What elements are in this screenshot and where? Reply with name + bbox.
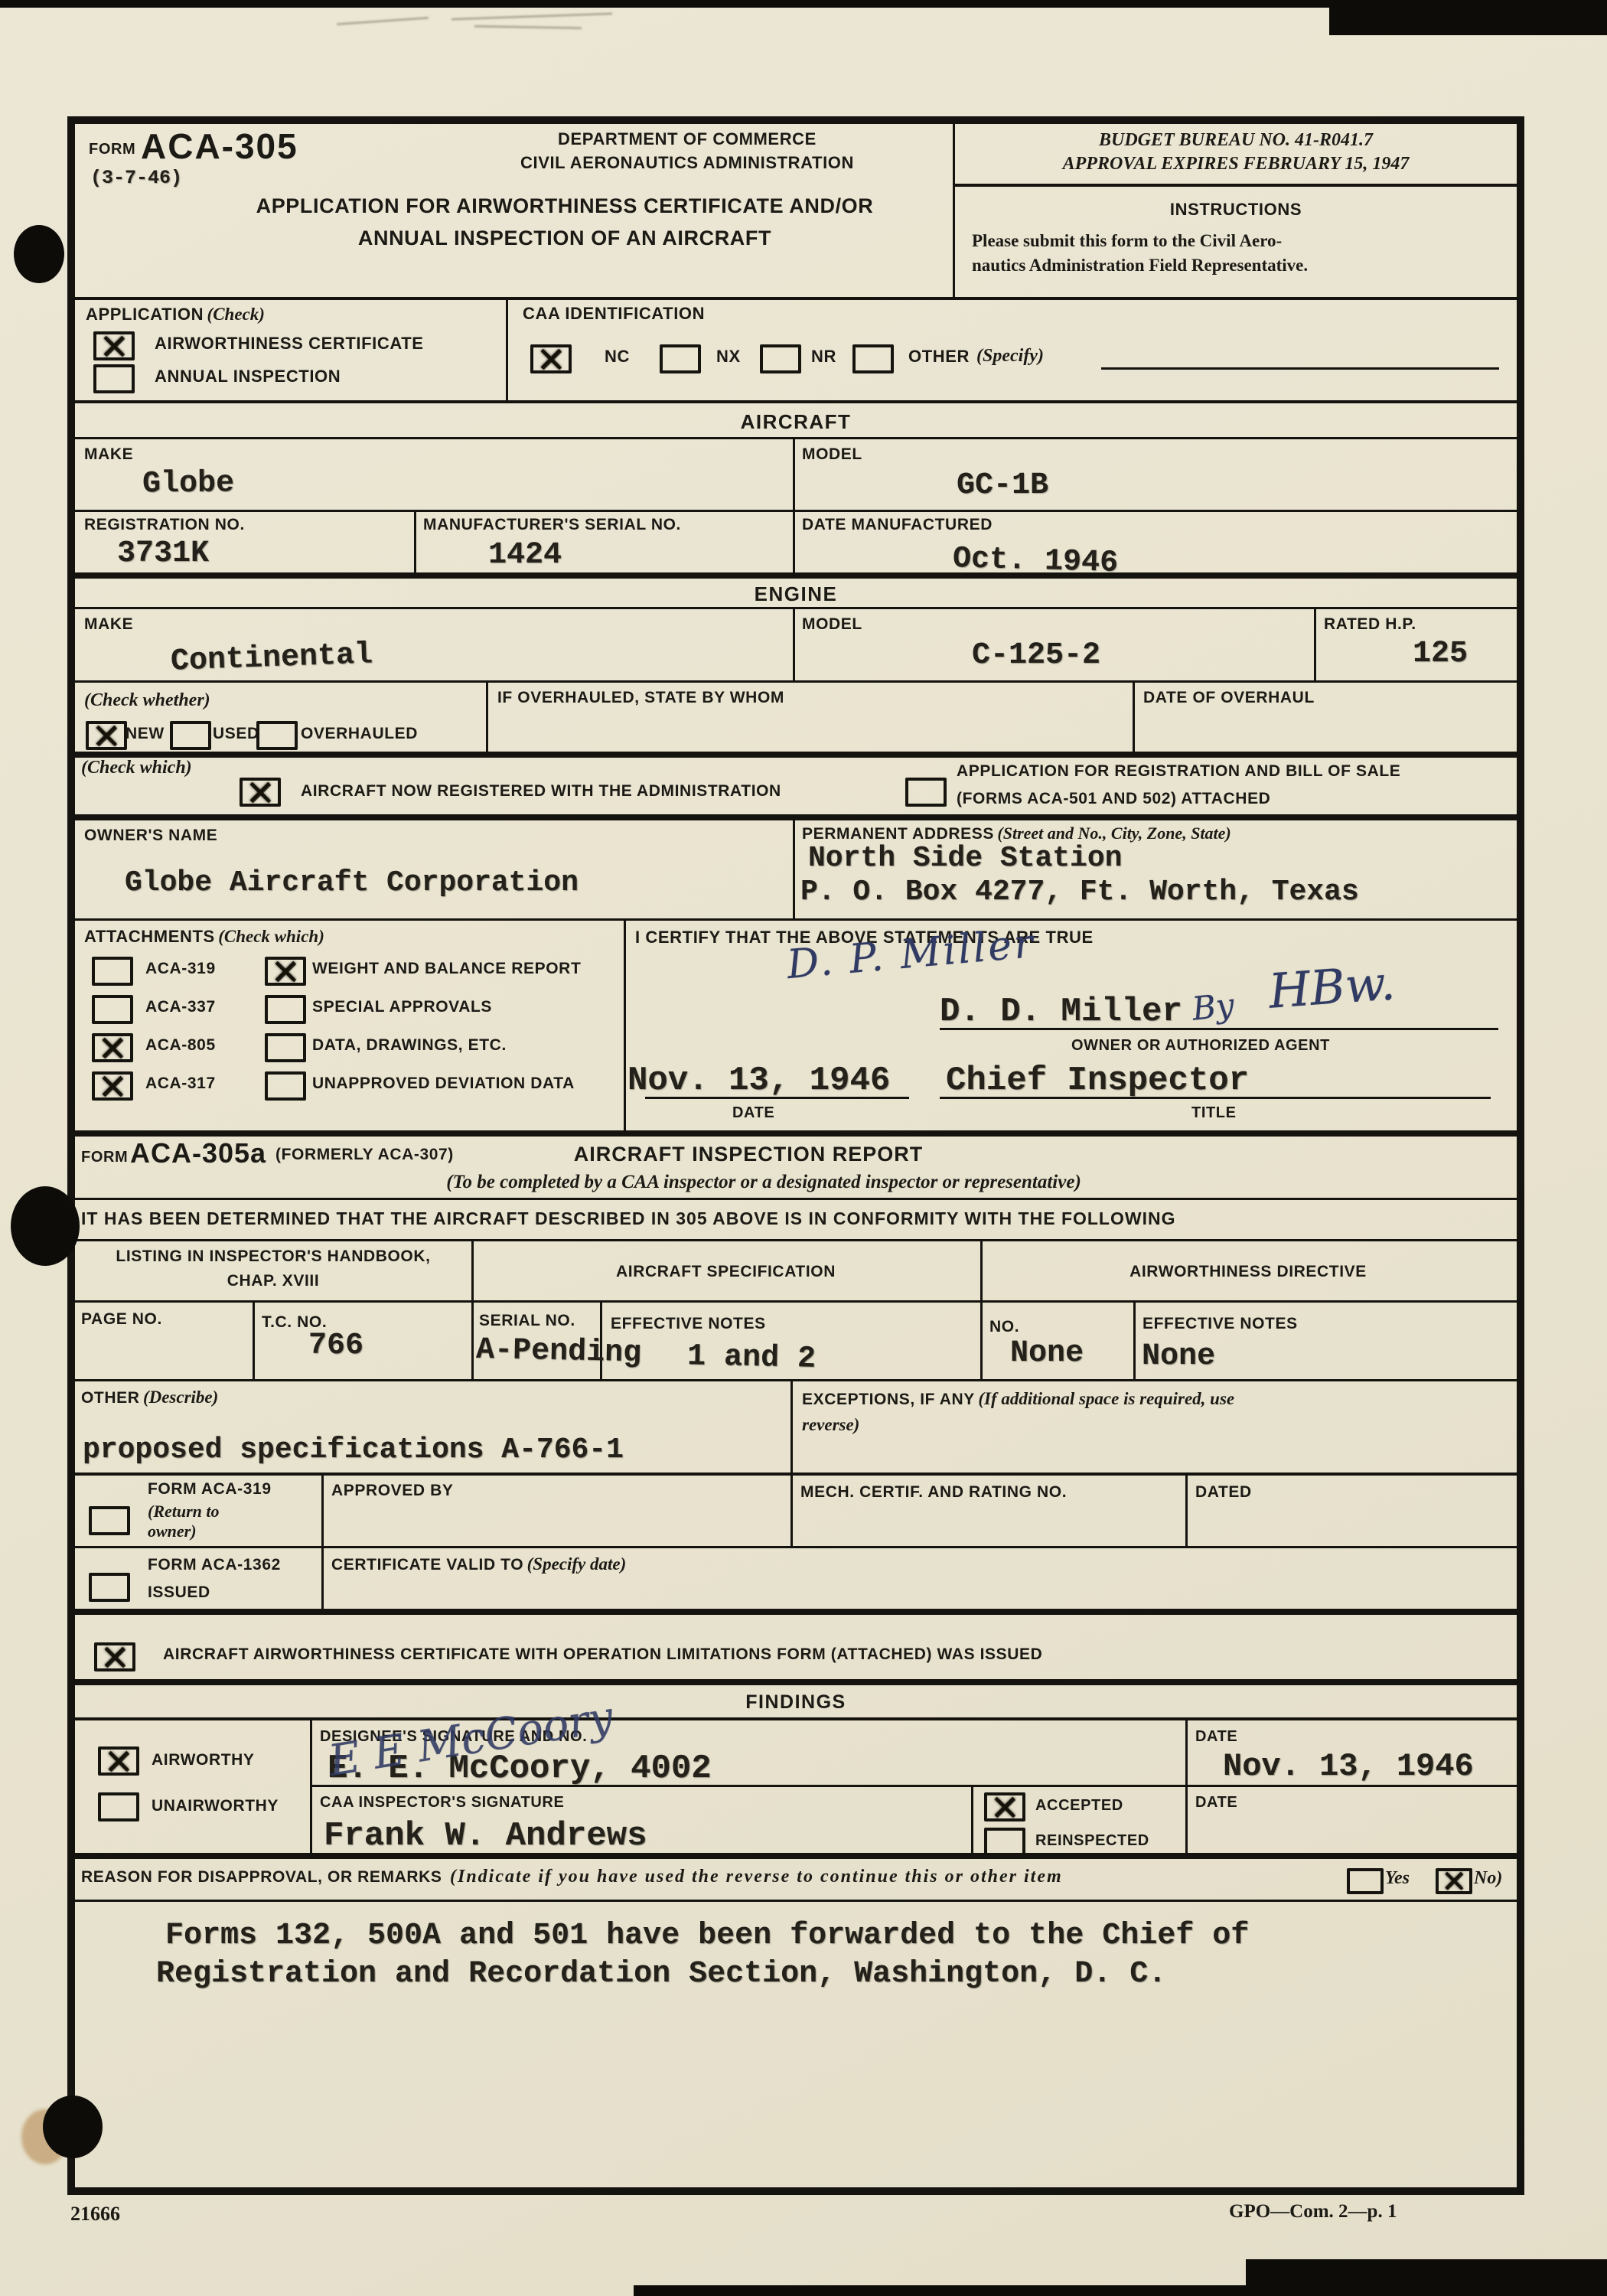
engine-model-value: C-125-2 [972,638,1100,673]
aircraft-make-label: MAKE [84,445,133,464]
divider [793,609,795,680]
check-whether-label: (Check whether) [84,690,210,711]
aca-805-checkbox[interactable] [92,1033,133,1062]
findings-row: AIRWORTHY UNAIRWORTHY DESIGNEE'S SIGNATU… [75,1720,1517,1859]
airworthiness-directive-header: AIRWORTHINESS DIRECTIVE [980,1263,1516,1281]
rated-hp-value: 125 [1413,637,1468,671]
inspection-subtitle: (To be completed by a CAA inspector or a… [190,1172,1338,1193]
budget-line2: APPROVAL EXPIRES FEBRUARY 15, 1947 [955,154,1517,174]
inspection-formerly: (FORMERLY ACA-307) [275,1146,454,1164]
unairworthy-label: UNAIRWORTHY [152,1797,279,1815]
attachments-certify-row: ATTACHMENTS (Check which) ACA-319 ACA-33… [75,921,1517,1137]
aircraft-model-value: GC-1B [957,468,1048,503]
divider [1185,1720,1188,1853]
plate-number: 21666 [70,2203,120,2226]
directive-notes-value: None [1142,1339,1215,1374]
application-label: APPLICATION (Check) [86,305,265,325]
certify-date-label: DATE [732,1104,774,1121]
annual-inspection-checkbox[interactable] [93,364,135,393]
exceptions-label-line2: reverse) [802,1415,859,1435]
department-heading: DEPARTMENT OF COMMERCE CIVIL AERONAUTICS… [458,130,917,172]
scan-edge-bottom-right [1246,2259,1607,2296]
divider [471,1303,474,1379]
special-approvals-checkbox[interactable] [265,995,306,1024]
aca-805-label: ACA-805 [145,1036,216,1055]
exceptions-label: EXCEPTIONS, IF ANY (If additional space … [802,1389,1234,1409]
pencil-scribble [451,12,612,20]
determination-row: IT HAS BEEN DETERMINED THAT THE AIRCRAFT… [75,1200,1517,1241]
scan-edge-bottom [634,2285,1253,2296]
form-number: ACA-305 [141,127,298,167]
reinspected-label: REINSPECTED [1035,1832,1149,1849]
aca-319-return-line2: owner) [148,1521,197,1541]
hole-punch-bottom [43,2095,103,2158]
nx-checkbox[interactable] [660,344,701,373]
aircraft-model-label: MODEL [802,445,862,464]
reinspected-checkbox[interactable] [984,1828,1025,1857]
overhauled-by-label: IF OVERHAULED, STATE BY WHOM [497,689,784,707]
certify-date-value: Nov. 13, 1946 [627,1062,890,1100]
airworthiness-certificate-label: AIRWORTHINESS CERTIFICATE [155,334,424,354]
engine-make-label: MAKE [84,615,133,634]
engine-section-band: ENGINE [75,579,1517,609]
aca-319-checkbox[interactable] [92,957,133,986]
reason-label: REASON FOR DISAPPROVAL, OR REMARKS [81,1868,442,1887]
data-drawings-label: DATA, DRAWINGS, ETC. [312,1036,507,1055]
unairworthy-checkbox[interactable] [98,1792,139,1821]
spec-serial-label: SERIAL NO. [479,1312,575,1330]
date-line [645,1097,909,1099]
registration-attached-line2: (FORMS ACA-501 AND 502) ATTACHED [957,790,1270,808]
aca-317-label: ACA-317 [145,1075,216,1093]
form-revision: (3-7-46) [90,167,182,189]
aircraft-make-model-row: MAKE Globe MODEL GC-1B [75,439,1517,512]
aca-337-checkbox[interactable] [92,995,133,1024]
divider [253,1303,255,1379]
engine-section-title: ENGINE [75,583,1517,605]
form-header-row: FORM ACA-305 (3-7-46) DEPARTMENT OF COMM… [75,124,1517,300]
divider [1314,609,1316,680]
form-title-line2: ANNUAL INSPECTION OF AN AIRCRAFT [182,227,947,249]
engine-make-model-row: MAKE Continental MODEL C-125-2 RATED H.P… [75,609,1517,683]
certify-title-value: Chief Inspector [946,1062,1249,1100]
inspection-title: AIRCRAFT INSPECTION REPORT [442,1143,1054,1166]
aircraft-spec-header: AIRCRAFT SPECIFICATION [471,1263,980,1281]
countersign-by: By [1191,986,1236,1027]
registration-attached-checkbox[interactable] [905,778,947,807]
aca-1362-row: FORM ACA-1362 ISSUED CERTIFICATE VALID T… [75,1548,1517,1615]
certificate-issued-row: AIRCRAFT AIRWORTHINESS CERTIFICATE WITH … [75,1615,1517,1685]
dated-label: DATED [1195,1483,1252,1502]
divider [971,1785,973,1853]
spec-effective-notes-value: 1 and 2 [687,1339,817,1377]
aca-317-checkbox[interactable] [92,1071,133,1101]
instructions-title: INSTRUCTIONS [955,201,1517,220]
nc-checkbox[interactable] [530,344,572,373]
reverse-yes-label: Yes [1385,1868,1410,1889]
pencil-scribble [337,17,429,25]
registered-label: AIRCRAFT NOW REGISTERED WITH THE ADMINIS… [301,782,781,801]
other-value: proposed specifications A-766-1 [83,1433,624,1466]
other-specify-label: (Specify) [976,346,1044,367]
registration-status-row: (Check which) AIRCRAFT NOW REGISTERED WI… [75,758,1517,820]
form-aca-319-label: FORM ACA-319 [148,1480,272,1499]
countersign-initials: HBw. [1267,954,1397,1019]
registration-no-value: 3731K [117,536,209,571]
owner-row: OWNER'S NAME Globe Aircraft Corporation … [75,820,1517,921]
scanned-form-page: FORM ACA-305 (3-7-46) DEPARTMENT OF COMM… [0,0,1607,2296]
caa-inspector-signature-typed: Frank W. Andrews [324,1817,647,1855]
department-line2: CIVIL AERONAUTICS ADMINISTRATION [458,154,917,173]
aca-1362-issued-label: ISSUED [148,1583,210,1602]
reason-label-italic: (Indicate if you have used the reverse t… [450,1867,1063,1887]
other-exceptions-row: OTHER (Describe) proposed specifications… [75,1381,1517,1476]
determination-statement: IT HAS BEEN DETERMINED THAT THE AIRCRAFT… [81,1209,1175,1229]
owner-address-line2: P. O. Box 4277, Ft. Worth, Texas [800,876,1359,908]
serial-no-label: MANUFACTURER'S SERIAL NO. [423,516,681,534]
permanent-address-label: PERMANENT ADDRESS (Street and No., City,… [802,823,1231,843]
title-line [940,1097,1491,1099]
mech-certif-label: MECH. CERTIF. AND RATING NO. [800,1483,1067,1502]
remarks-line2: Registration and Recordation Section, Wa… [156,1957,1166,1991]
serial-no-value: 1424 [488,538,562,572]
caa-inspector-signature-label: CAA INSPECTOR'S SIGNATURE [320,1794,564,1811]
engine-new-checkbox[interactable] [86,721,127,750]
findings-date2-label: DATE [1195,1794,1237,1811]
findings-section-title: FINDINGS [75,1691,1517,1713]
form-title-line1: APPLICATION FOR AIRWORTHINESS CERTIFICAT… [182,194,947,217]
divider [414,512,416,572]
aca-319-row: FORM ACA-319 (Return to owner) APPROVED … [75,1476,1517,1548]
directive-no-value: None [1010,1336,1084,1371]
certificate-issued-label: AIRCRAFT AIRWORTHINESS CERTIFICATE WITH … [163,1645,1042,1664]
scan-edge-top-right [1329,0,1607,35]
unapproved-deviation-checkbox[interactable] [265,1071,306,1101]
aca-337-label: ACA-337 [145,998,216,1016]
divider [1133,683,1135,752]
reverse-no-checkbox[interactable] [1436,1868,1472,1894]
findings-date-value: Nov. 13, 1946 [1223,1748,1474,1785]
divider [486,683,488,752]
engine-overhauled-checkbox[interactable] [256,721,298,750]
approved-by-label: APPROVED BY [331,1482,453,1500]
remarks-body-row: Forms 132, 500A and 501 have been forwar… [75,1902,1517,2187]
nr-checkbox[interactable] [760,344,801,373]
spec-serial-value: A-Pending [476,1333,642,1371]
form-aca-1362-checkbox[interactable] [89,1573,130,1602]
signature-line [940,1028,1498,1030]
other-id-label: OTHER [908,347,970,367]
divider [980,1303,983,1379]
registered-checkbox[interactable] [240,778,281,807]
engine-used-label: USED [213,725,259,743]
date-of-overhaul-label: DATE OF OVERHAUL [1143,689,1315,707]
date-manufactured-label: DATE MANUFACTURED [802,516,993,534]
certificate-valid-label: CERTIFICATE VALID TO (Specify date) [331,1554,626,1574]
engine-make-value: Continental [170,638,373,679]
annual-inspection-label: ANNUAL INSPECTION [155,367,341,386]
pencil-scribble [474,25,582,29]
engine-new-label: NEW [125,725,165,743]
form-word: FORM [89,141,135,158]
listing-header-line1: LISTING IN INSPECTOR'S HANDBOOK, [75,1247,471,1266]
divider [793,439,795,510]
weight-balance-checkbox[interactable] [265,957,306,986]
findings-date-label: DATE [1195,1728,1237,1745]
spec-table-value-row: PAGE NO. T.C. NO. 766 SERIAL NO. A-Pendi… [75,1303,1517,1381]
findings-band: FINDINGS [75,1685,1517,1720]
date-manufactured-value: Oct. 1946 [952,542,1118,581]
aircraft-section-band: AIRCRAFT [75,403,1517,439]
spec-table-header-row: LISTING IN INSPECTOR'S HANDBOOK, CHAP. X… [75,1241,1517,1303]
aircraft-registration-row: REGISTRATION NO. 3731K MANUFACTURER'S SE… [75,512,1517,579]
inspection-report-header: FORM ACA-305a (FORMERLY ACA-307) AIRCRAF… [75,1137,1517,1200]
divider [1185,1476,1188,1546]
engine-used-checkbox[interactable] [170,721,211,750]
divider [793,512,795,572]
weight-balance-label: WEIGHT AND BALANCE REPORT [312,960,581,978]
form-aca-319-checkbox[interactable] [89,1506,130,1535]
form-aca-1362-label: FORM ACA-1362 [148,1556,281,1574]
certify-title-label: TITLE [1191,1104,1237,1121]
aca-305-form: FORM ACA-305 (3-7-46) DEPARTMENT OF COMM… [67,116,1524,2195]
spec-effective-notes-label: EFFECTIVE NOTES [611,1315,766,1333]
registration-no-label: REGISTRATION NO. [84,516,245,534]
tc-no-value: 766 [308,1329,363,1363]
accepted-label: ACCEPTED [1035,1797,1123,1814]
airworthiness-certificate-checkbox[interactable] [93,331,135,360]
reverse-no-label: No) [1474,1868,1502,1889]
divider [790,1476,793,1546]
remarks-line1: Forms 132, 500A and 501 have been forwar… [165,1919,1249,1953]
airworthy-label: AIRWORTHY [152,1751,255,1769]
divider [790,1381,793,1473]
engine-overhauled-label: OVERHAULED [301,725,418,743]
instructions-line2: nautics Administration Field Representat… [972,256,1308,276]
other-id-blank-line[interactable] [1101,367,1499,370]
airworthy-checkbox[interactable] [98,1746,139,1776]
aca-319-label: ACA-319 [145,960,216,978]
owner-name-label: OWNER'S NAME [84,827,217,845]
engine-condition-row: (Check whether) NEW USED OVERHAULED IF O… [75,683,1517,758]
directive-no-label: NO. [989,1318,1019,1336]
reason-remarks-row: REASON FOR DISAPPROVAL, OR REMARKS (Indi… [75,1859,1517,1902]
data-drawings-checkbox[interactable] [265,1033,306,1062]
owner-signature-typed: D. D. Miller [940,993,1182,1031]
aca-319-return-line1: (Return to [148,1502,220,1521]
owner-agent-label: OWNER OR AUTHORIZED AGENT [1071,1037,1330,1054]
divider [321,1476,324,1546]
budget-line1: BUDGET BUREAU NO. 41-R041.7 [955,130,1517,151]
nc-label: NC [605,347,630,367]
accepted-checkbox[interactable] [984,1792,1025,1821]
form-title: APPLICATION FOR AIRWORTHINESS CERTIFICAT… [182,194,947,249]
divider [793,820,795,918]
rated-hp-label: RATED H.P. [1324,615,1416,634]
divider [321,1548,324,1609]
special-approvals-label: SPECIAL APPROVALS [312,998,492,1016]
page-no-label: PAGE NO. [81,1310,162,1329]
owner-name-value: Globe Aircraft Corporation [125,866,579,899]
aircraft-section-title: AIRCRAFT [75,411,1517,433]
directive-notes-label: EFFECTIVE NOTES [1143,1315,1298,1333]
listing-header-line2: CHAP. XVIII [75,1272,471,1290]
inspection-form-word: FORM [81,1149,128,1166]
attachments-label: ATTACHMENTS (Check which) [84,927,324,947]
divider [1133,1303,1136,1379]
gpo-note: GPO—Com. 2—p. 1 [1229,2201,1397,2223]
hole-punch-middle [11,1186,80,1266]
budget-bureau-box: BUDGET BUREAU NO. 41-R041.7 APPROVAL EXP… [955,124,1517,187]
owner-address-line1: North Side Station [808,842,1122,875]
divider [624,921,626,1130]
nr-label: NR [811,347,836,367]
unapproved-deviation-label: UNAPPROVED DEVIATION DATA [312,1075,575,1093]
department-line1: DEPARTMENT OF COMMERCE [458,130,917,149]
divider [506,300,508,400]
nx-label: NX [716,347,741,367]
other-id-checkbox[interactable] [852,344,894,373]
other-describe-label: OTHER (Describe) [81,1388,218,1407]
certificate-issued-checkbox[interactable] [94,1642,135,1671]
aircraft-make-value: Globe [142,466,234,501]
instructions-line1: Please submit this form to the Civil Aer… [972,231,1282,251]
reverse-yes-checkbox[interactable] [1347,1868,1384,1894]
check-which-label: (Check which) [81,758,192,778]
caa-identification-label: CAA IDENTIFICATION [523,305,705,324]
inspection-form-number: ACA-305a [130,1138,266,1169]
registration-attached-line1: APPLICATION FOR REGISTRATION AND BILL OF… [957,762,1400,781]
hole-punch-top [14,225,64,283]
engine-model-label: MODEL [802,615,862,634]
application-row: APPLICATION (Check) AIRWORTHINESS CERTIF… [75,300,1517,403]
